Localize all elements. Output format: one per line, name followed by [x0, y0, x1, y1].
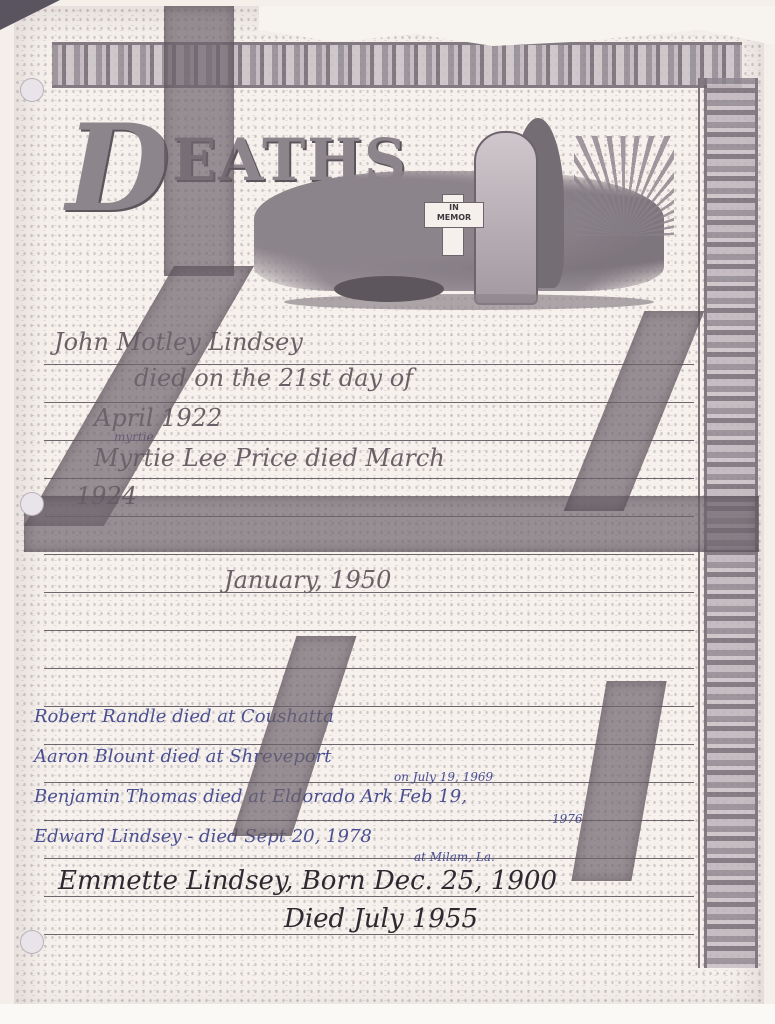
entry-edward-lindsey-line2: at Milam, La. [414, 850, 495, 864]
entry-emmette-lindsey-line1: Emmette Lindsey, Born Dec. 25, 1900 [58, 866, 557, 896]
cross-label: IN MEMOR [426, 203, 482, 223]
binder-hole [20, 930, 44, 954]
scan-bottom-margin [0, 1004, 775, 1024]
document-page: DEATHS IN MEMOR J [14, 6, 764, 1016]
ground-illustration [284, 294, 654, 310]
wreath-illustration [334, 276, 444, 302]
tape-strip [571, 681, 666, 881]
ornamental-top-border [52, 42, 742, 88]
entry-edward-lindsey-line1: Edward Lindsey - died Sept 20, 1978 [34, 826, 372, 847]
binder-hole [20, 492, 44, 516]
title-drop-cap: D [66, 98, 172, 239]
tape-strip [164, 6, 234, 276]
tape-strip [24, 266, 254, 526]
binder-hole [20, 78, 44, 102]
memorial-vignette: IN MEMOR [254, 116, 674, 316]
entry-emmette-lindsey-line2: Died July 1955 [284, 904, 478, 934]
tape-strip [564, 311, 705, 511]
entry-1950: January, 1950 [224, 566, 391, 594]
sunburst-icon [574, 136, 674, 236]
tape-strip [24, 496, 759, 552]
memorial-cross-icon: IN MEMOR [424, 194, 482, 254]
torn-paper-edge [259, 6, 775, 46]
entry-benjamin-line2: 1976 [552, 812, 583, 826]
entry-aaron-blount-line2: on July 19, 1969 [394, 770, 493, 784]
